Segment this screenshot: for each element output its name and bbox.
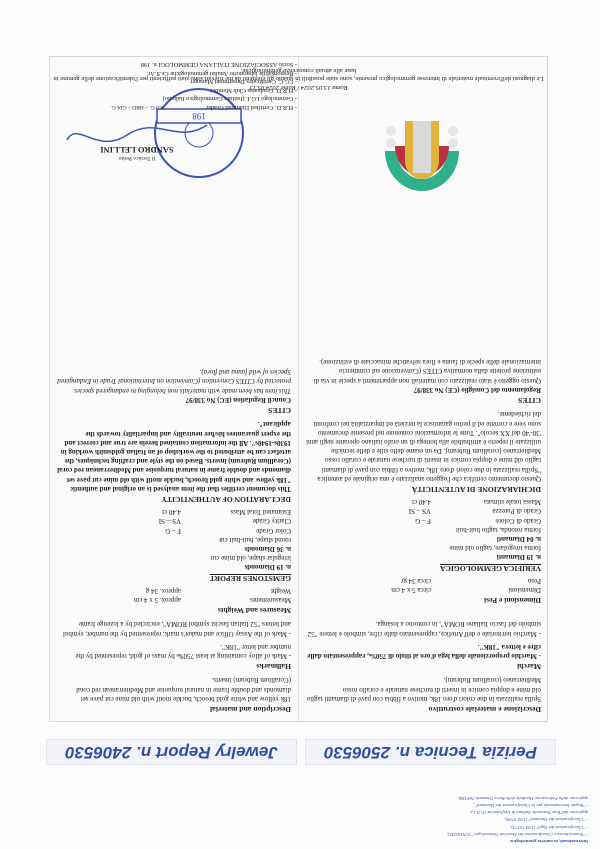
heading-gem-it: VERIFICA GEMMOLOGICA	[305, 563, 541, 572]
report-footer: Roma 13.05.2024 / Rome 2024.05.13 Le dia…	[50, 65, 547, 91]
heading-auth-it: DICHIARAZIONE DI AUTENTICITÀ	[305, 485, 541, 494]
grade-row: Color GradeF – G	[55, 525, 291, 534]
report-titles: Perizia Tecnica n. 2506530 Jewelry Repor…	[46, 739, 556, 765]
grade-row: Grado di ColoreF – G	[305, 515, 541, 524]
english-column: Description and material 18k yellow and …	[55, 363, 291, 717]
standard-item: approvate dall'Ente Nazionale Italiano d…	[288, 809, 588, 816]
grade-row: Grado di PurezzaVS – SI	[305, 506, 541, 515]
diagnosis-note: Le diagnosi dell'eventuale materiale di …	[50, 65, 547, 82]
description-it: Spilla realizzata in due colori d'oro 18…	[305, 675, 541, 703]
signer-name: SANDRO LELLINI	[57, 145, 217, 155]
mark-2-it: - Marchio territoriale e dell'Artefice, …	[305, 619, 541, 637]
signer-role: Il Tecnico Perito	[57, 155, 217, 161]
standard-item: - "Regole Internazionali per la Classifi…	[288, 802, 588, 809]
authenticity-it: Questo documento certifica che l'oggetto…	[305, 409, 541, 483]
report-body: Descrizione e materiale costruttivo Spil…	[49, 56, 548, 722]
description-en: 18k yellow and white gold brooch, buckle…	[55, 675, 291, 703]
heading-description-it: Descrizione e materiale costruttivo	[305, 705, 541, 714]
diamonds-36-desc-en: round shape, huit-huit cut	[55, 535, 291, 544]
standards-list: Internazionali, in materia gemmologica: …	[288, 795, 588, 845]
cites-reg-it: Regolamento del Consiglio (CE) No 338/97	[305, 385, 541, 394]
jewelry-report-sheet: Internazionali, in materia gemmologica: …	[0, 0, 600, 849]
signature-block: Il Tecnico Perito SANDRO LELLINI IGI G. …	[57, 104, 217, 161]
heading-marks-en: Hallmarks	[55, 662, 291, 671]
standard-item: - "Classificazione dei Tagli" (UNI 10173…	[288, 823, 588, 830]
grade-row: Estimated Total Mass4.40 ct	[55, 507, 291, 516]
dim-row: Weightapprox. 34 g	[55, 586, 291, 595]
dim-row: Measurementsapprox. 5 x 4 cm	[55, 595, 291, 604]
authenticity-en: This document certifies that the item an…	[55, 419, 291, 493]
standard-item: approvate dalla Federazione Mondiale del…	[288, 795, 588, 802]
diamonds-04-it: n. 04 Diamanti	[305, 534, 541, 543]
standard-item: - "Classificazione dei Diamanti" (UNI 97…	[288, 816, 588, 823]
standard-item: - "Nomenclatura e Classificazione dei Ma…	[288, 831, 588, 838]
diamonds-19-en: n. 19 Diamonds	[55, 562, 291, 571]
heading-cites-it: CITES	[305, 396, 541, 405]
diamonds-36-en: n. 36 Diamonds	[55, 544, 291, 553]
title-italian: Perizia Tecnica n. 2506530	[305, 739, 556, 765]
heading-description-en: Description and material	[55, 705, 291, 714]
heading-gem-en: GEMSTONES REPORT	[55, 573, 291, 582]
diamonds-19-desc-it: forma irregolare, taglio old mine	[305, 543, 541, 552]
grade-row: Massa totale stimata4.40 ct	[305, 497, 541, 506]
mark-2-en: - Mark of the Assay Office and maker's m…	[55, 619, 291, 637]
cites-en: This item has been made with materials n…	[55, 367, 291, 395]
cites-reg-en: Council Regulation (EC) No 338/97	[55, 395, 291, 404]
standards-intro: Internazionali, in materia gemmologica:	[509, 839, 588, 844]
dim-row: Pesocirca 34 gr	[305, 576, 541, 585]
signature-scribble	[57, 115, 217, 145]
mark-1-it: - Marchio proporzionale della lega d'oro…	[305, 642, 541, 660]
column-divider	[298, 57, 299, 721]
italian-column: Descrizione e materiale costruttivo Spil…	[305, 353, 541, 717]
diamonds-19-it: n. 19 Diamanti	[305, 552, 541, 561]
diamonds-19-desc-en: irregular shape, old mine cut	[55, 553, 291, 562]
cites-it: Questo oggetto è stato realizzato con ma…	[305, 357, 541, 385]
mark-1-en: - Mark of alloy containing at least 750‰…	[55, 642, 291, 660]
heading-dimensions-it: Dimensioni e Pesi	[305, 596, 541, 605]
heading-auth-en: DECLARATION OF AUTHENTICITY	[55, 495, 291, 504]
heading-cites-en: CITES	[55, 406, 291, 415]
diamonds-04-desc-it: forma rotonda, taglio huit-huit	[305, 525, 541, 534]
report-date: Roma 13.05.2024 / Rome 2024.05.13	[50, 82, 547, 91]
heading-marks-it: Marchi	[305, 662, 541, 671]
dim-row: Dimensionicirca 5 x 4 cm	[305, 585, 541, 594]
heading-dimensions-en: Measures and Weights	[55, 606, 291, 615]
brooch-photo	[377, 116, 467, 221]
grade-row: Clarity GradeVS – SI	[55, 516, 291, 525]
title-english: Jewelry Report n. 2406530	[46, 739, 297, 765]
